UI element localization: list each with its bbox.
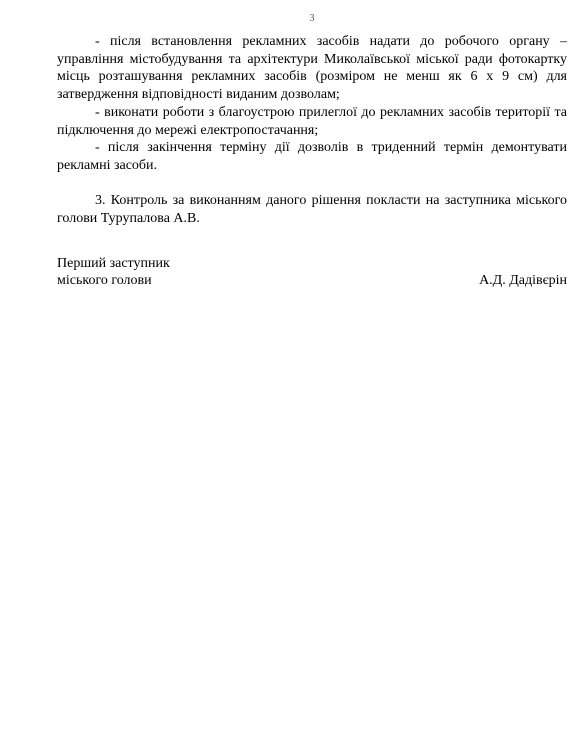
paragraph-dismantle: - після закінчення терміну дії дозволів … <box>57 139 567 174</box>
paragraph-control: 3. Контроль за виконанням даного рішення… <box>57 192 567 227</box>
signature-title-line2: міського голови <box>57 272 170 290</box>
signature-block: Перший заступник міського голови А.Д. Да… <box>57 255 567 290</box>
document-page: 3 - після встановлення рекламних засобів… <box>0 0 573 752</box>
page-number: 3 <box>57 13 567 25</box>
signature-title: Перший заступник міського голови <box>57 255 170 290</box>
paragraph-landscaping: - виконати роботи з благоустрою прилегло… <box>57 104 567 139</box>
signature-title-line1: Перший заступник <box>57 255 170 273</box>
paragraph-install-photo: - після встановлення рекламних засобів н… <box>57 33 567 104</box>
signature-name: А.Д. Дадівєрін <box>479 272 567 290</box>
document-body: - після встановлення рекламних засобів н… <box>57 33 567 290</box>
